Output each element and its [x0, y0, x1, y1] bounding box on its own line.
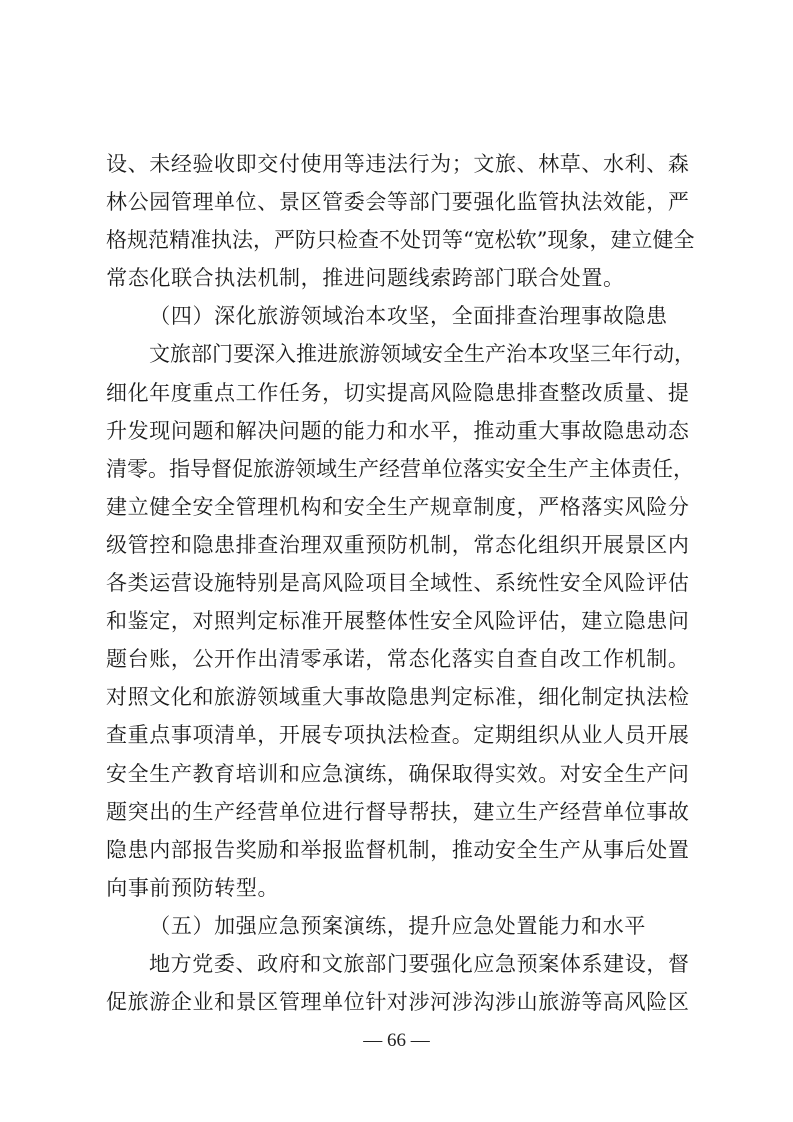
text-line: 清零。指导督促旅游领域生产经营单位落实安全生产主体责任， — [106, 450, 689, 488]
section-heading: （四）深化旅游领域治本攻坚，全面排查治理事故隐患 — [106, 297, 689, 335]
text-line: 林公园管理单位、景区管委会等部门要强化监管执法效能，严 — [106, 183, 689, 221]
body-text: 设、未经验收即交付使用等违法行为；文旅、林草、水利、森林公园管理单位、景区管委会… — [106, 145, 689, 1021]
text-line: 升发现问题和解决问题的能力和水平，推动重大事故隐患动态 — [106, 412, 689, 450]
text-line: 隐患内部报告奖励和举报监督机制，推动安全生产从事后处置 — [106, 831, 689, 869]
text-line: 对照文化和旅游领域重大事故隐患判定标准，细化制定执法检 — [106, 678, 689, 716]
text-line: 设、未经验收即交付使用等违法行为；文旅、林草、水利、森 — [106, 145, 689, 183]
text-line: 建立健全安全管理机构和安全生产规章制度，严格落实风险分 — [106, 488, 689, 526]
document-page: 设、未经验收即交付使用等违法行为；文旅、林草、水利、森林公园管理单位、景区管委会… — [0, 0, 793, 1122]
page-number: — 66 — — [0, 1030, 793, 1052]
text-line: 细化年度重点工作任务，切实提高风险隐患排查整改质量、提 — [106, 374, 689, 412]
text-line: 向事前预防转型。 — [106, 869, 689, 907]
text-line: 格规范精准执法，严防只检查不处罚等“宽松软”现象，建立健全 — [106, 221, 689, 259]
text-line: 查重点事项清单，开展专项执法检查。定期组织从业人员开展 — [106, 716, 689, 754]
text-line: 题突出的生产经营单位进行督导帮扶，建立生产经营单位事故 — [106, 793, 689, 831]
text-line: 促旅游企业和景区管理单位针对涉河涉沟涉山旅游等高风险区 — [106, 983, 689, 1021]
text-line: 常态化联合执法机制，推进问题线索跨部门联合处置。 — [106, 259, 689, 297]
text-line: 安全生产教育培训和应急演练，确保取得实效。对安全生产问 — [106, 755, 689, 793]
text-line: 各类运营设施特别是高风险项目全域性、系统性安全风险评估 — [106, 564, 689, 602]
section-heading: （五）加强应急预案演练，提升应急处置能力和水平 — [106, 907, 689, 945]
text-line: 题台账，公开作出清零承诺，常态化落实自查自改工作机制。 — [106, 640, 689, 678]
text-line: 和鉴定，对照判定标准开展整体性安全风险评估，建立隐患问 — [106, 602, 689, 640]
text-line: 文旅部门要深入推进旅游领域安全生产治本攻坚三年行动， — [106, 335, 689, 373]
text-line: 级管控和隐患排查治理双重预防机制，常态化组织开展景区内 — [106, 526, 689, 564]
text-line: 地方党委、政府和文旅部门要强化应急预案体系建设，督 — [106, 945, 689, 983]
